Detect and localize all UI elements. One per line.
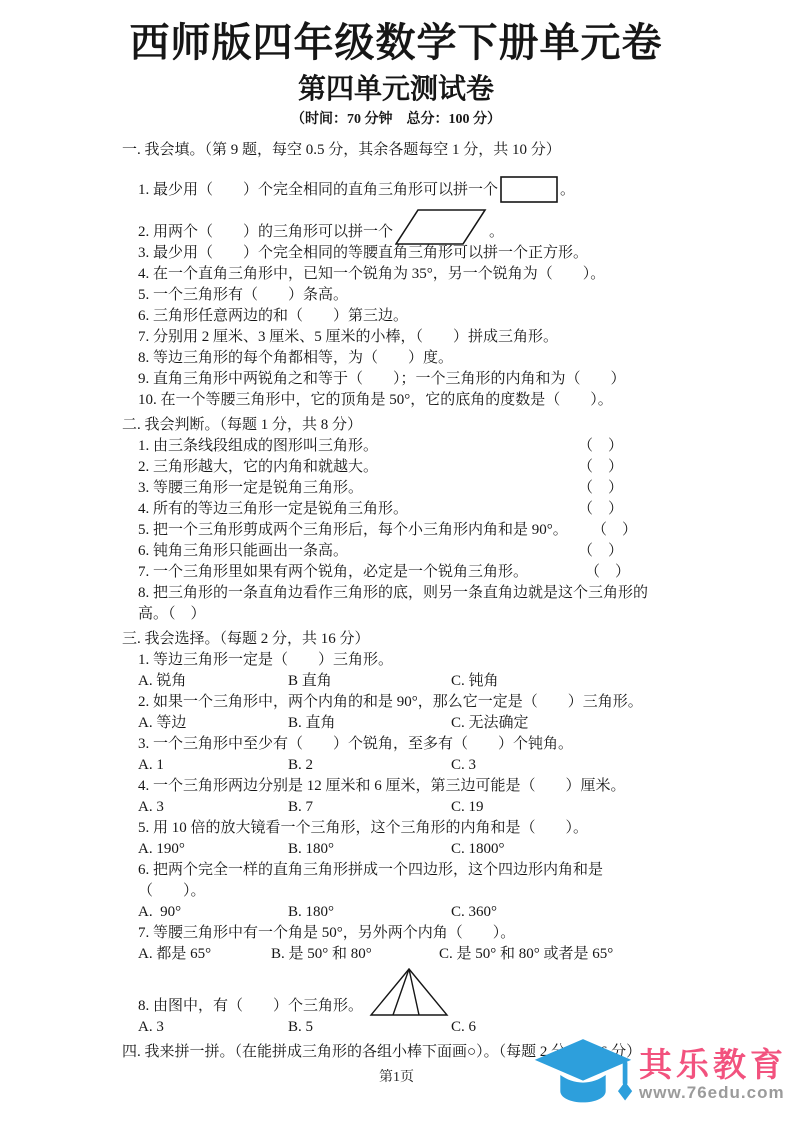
question-text: 4. 所有的等边三角形一定是锐角三角形。 xyxy=(138,501,408,517)
question-text-suffix: 。 xyxy=(560,180,575,201)
question-row: 8. 等边三角形的每个角都相等，为（ ）度。 xyxy=(122,348,670,369)
answer-bracket: （ ） xyxy=(578,478,623,499)
answer-bracket: （ ） xyxy=(578,499,623,520)
options-row: A. 都是 65°B. 是 50° 和 80°C. 是 50° 和 80° 或者… xyxy=(122,944,670,965)
title-prefix: 西师版 xyxy=(130,21,253,65)
question-text-suffix: 。 xyxy=(489,222,504,243)
option-b: B. 180° xyxy=(288,902,451,923)
question-row: 6. 三角形任意两边的和（ ）第三边。 xyxy=(122,306,670,327)
answer-bracket: （ ） xyxy=(578,457,623,478)
option-c: C. 是 50° 和 80° 或者是 65° xyxy=(439,944,613,965)
judge-row: 8. 把三角形的一条直角边看作三角形的底，则另一条直角边就是这个三角形的高。（ … xyxy=(122,583,670,625)
question-row: 9. 直角三角形中两锐角之和等于（ ）；一个三角形的内角和为（ ） xyxy=(122,369,670,390)
question-text: 1. 由三条线段组成的图形叫三角形。 xyxy=(138,438,378,454)
question-row: 5. 一个三角形有（ ）条高。 xyxy=(122,285,670,306)
page-title: 西师版四年级数学下册单元卷 xyxy=(122,20,670,66)
question-row: 2. 用两个（ ）的三角形可以拼一个 。 xyxy=(122,201,670,243)
question-row: 1. 最少用（ ）个完全相同的直角三角形可以拼一个 。 xyxy=(122,161,670,201)
title-rest: 四年级数学下册单元卷 xyxy=(253,20,663,65)
option-c: C. 6 xyxy=(451,1017,476,1038)
option-b: B. 180° xyxy=(288,839,451,860)
option-c: C. 360° xyxy=(451,902,497,923)
question-row: 3. 一个三角形中至少有（ ）个锐角，至多有（ ）个钝角。 xyxy=(122,734,670,755)
option-b: B 直角 xyxy=(288,671,451,692)
option-b: B. 直角 xyxy=(288,713,451,734)
question-row: 10. 在一个等腰三角形中，它的顶角是 50°，它的底角的度数是（ ）。 xyxy=(122,390,670,411)
question-row: 8. 由图中，有（ ）个三角形。 xyxy=(122,965,670,1017)
question-text: 8. 把三角形的一条直角边看作三角形的底，则另一条直角边就是这个三角形的高。 xyxy=(138,585,648,622)
section-2-heading: 二. 我会判断。（每题 1 分，共 8 分） xyxy=(122,415,670,436)
triangle-figure xyxy=(369,967,449,1017)
options-row: A. 3B. 5C. 6 xyxy=(122,1017,670,1038)
option-b: B. 5 xyxy=(288,1017,451,1038)
answer-bracket: （ ） xyxy=(585,562,630,583)
answer-bracket: （ ） xyxy=(578,436,623,457)
question-row: 4. 一个三角形两边分别是 12 厘米和 6 厘米，第三边可能是（ ）厘米。 xyxy=(122,776,670,797)
question-row: 2. 如果一个三角形中，两个内角的和是 90°，那么它一定是（ ）三角形。 xyxy=(122,692,670,713)
option-c: C. 1800° xyxy=(451,839,505,860)
judge-row: 5. 把一个三角形剪成两个三角形后，每个小三角形内角和是 90°。（ ） xyxy=(122,520,670,541)
exam-meta: （时间：70 分钟 总分：100 分） xyxy=(122,111,670,129)
answer-bracket: （ ） xyxy=(578,541,623,562)
parallelogram-shape xyxy=(395,209,487,245)
options-row: A. 等边B. 直角C. 无法确定 xyxy=(122,713,670,734)
option-a: A. 3 xyxy=(138,1017,288,1038)
rectangle-shape xyxy=(500,176,558,203)
option-c: C. 钝角 xyxy=(451,671,499,692)
brand-name: 其乐教育 xyxy=(639,1047,787,1083)
test-paper-page: 西师版四年级数学下册单元卷 第四单元测试卷 （时间：70 分钟 总分：100 分… xyxy=(0,0,793,1121)
option-a: A. 都是 65° xyxy=(138,944,271,965)
brand-text: 其乐教育 www.76edu.com xyxy=(639,1047,787,1103)
judge-row: 6. 钝角三角形只能画出一条高。（ ） xyxy=(122,541,670,562)
judge-row: 3. 等腰三角形一定是锐角三角形。（ ） xyxy=(122,478,670,499)
exam-subtitle: 第四单元测试卷 xyxy=(122,74,670,106)
question-text: 6. 钝角三角形只能画出一条高。 xyxy=(138,543,348,559)
paper-content: 西师版四年级数学下册单元卷 第四单元测试卷 （时间：70 分钟 总分：100 分… xyxy=(122,20,670,1063)
options-row: A. 锐角B 直角C. 钝角 xyxy=(122,671,670,692)
option-c: C. 3 xyxy=(451,755,476,776)
option-a: A. 等边 xyxy=(138,713,288,734)
options-row: A. 90°B. 180°C. 360° xyxy=(122,902,670,923)
question-text: 2. 用两个（ ）的三角形可以拼一个 xyxy=(138,222,393,243)
question-row: 6. 把两个完全一样的直角三角形拼成一个四边形，这个四边形内角和是（ ）。 xyxy=(122,860,670,902)
brand-logo: 其乐教育 www.76edu.com xyxy=(531,1036,787,1114)
judge-row: 7. 一个三角形里如果有两个锐角，必定是一个锐角三角形。（ ） xyxy=(122,562,670,583)
option-a: A. 锐角 xyxy=(138,671,288,692)
question-row: 5. 用 10 倍的放大镜看一个三角形，这个三角形的内角和是（ ）。 xyxy=(122,818,670,839)
option-a: A. 190° xyxy=(138,839,288,860)
option-b: B. 7 xyxy=(288,797,451,818)
judge-row: 2. 三角形越大，它的内角和就越大。（ ） xyxy=(122,457,670,478)
options-row: A. 3B. 7C. 19 xyxy=(122,797,670,818)
question-text: 8. 由图中，有（ ）个三角形。 xyxy=(138,996,363,1017)
question-text: 7. 一个三角形里如果有两个锐角，必定是一个锐角三角形。 xyxy=(138,564,528,580)
answer-bracket: （ ） xyxy=(168,606,206,622)
question-row: 7. 分别用 2 厘米、3 厘米、5 厘米的小棒，（ ）拼成三角形。 xyxy=(122,327,670,348)
option-b: B. 2 xyxy=(288,755,451,776)
option-a: A. 1 xyxy=(138,755,288,776)
graduation-cap-icon xyxy=(531,1036,635,1114)
question-row: 1. 等边三角形一定是（ ）三角形。 xyxy=(122,650,670,671)
question-row: 7. 等腰三角形中有一个角是 50°，另外两个内角（ ）。 xyxy=(122,923,670,944)
option-c: C. 无法确定 xyxy=(451,713,529,734)
options-row: A. 1B. 2C. 3 xyxy=(122,755,670,776)
judge-row: 4. 所有的等边三角形一定是锐角三角形。（ ） xyxy=(122,499,670,520)
options-row: A. 190°B. 180°C. 1800° xyxy=(122,839,670,860)
question-text: 5. 把一个三角形剪成两个三角形后，每个小三角形内角和是 90°。 xyxy=(138,522,568,538)
option-c: C. 19 xyxy=(451,797,484,818)
answer-bracket: （ ） xyxy=(592,520,637,541)
section-1-heading: 一. 我会填。（第 9 题，每空 0.5 分，其余各题每空 1 分，共 10 分… xyxy=(122,140,670,161)
option-a: A. 90° xyxy=(138,902,288,923)
option-b: B. 是 50° 和 80° xyxy=(271,944,439,965)
section-3-heading: 三. 我会选择。（每题 2 分，共 16 分） xyxy=(122,629,670,650)
question-text: 3. 等腰三角形一定是锐角三角形。 xyxy=(138,480,363,496)
option-a: A. 3 xyxy=(138,797,288,818)
question-text: 1. 最少用（ ）个完全相同的直角三角形可以拼一个 xyxy=(138,180,498,201)
judge-row: 1. 由三条线段组成的图形叫三角形。（ ） xyxy=(122,436,670,457)
question-row: 3. 最少用（ ）个完全相同的等腰直角三角形可以拼一个正方形。 xyxy=(122,243,670,264)
question-text: 2. 三角形越大，它的内角和就越大。 xyxy=(138,459,378,475)
question-row: 4. 在一个直角三角形中，已知一个锐角为 35°，另一个锐角为（ ）。 xyxy=(122,264,670,285)
brand-url: www.76edu.com xyxy=(639,1083,787,1103)
